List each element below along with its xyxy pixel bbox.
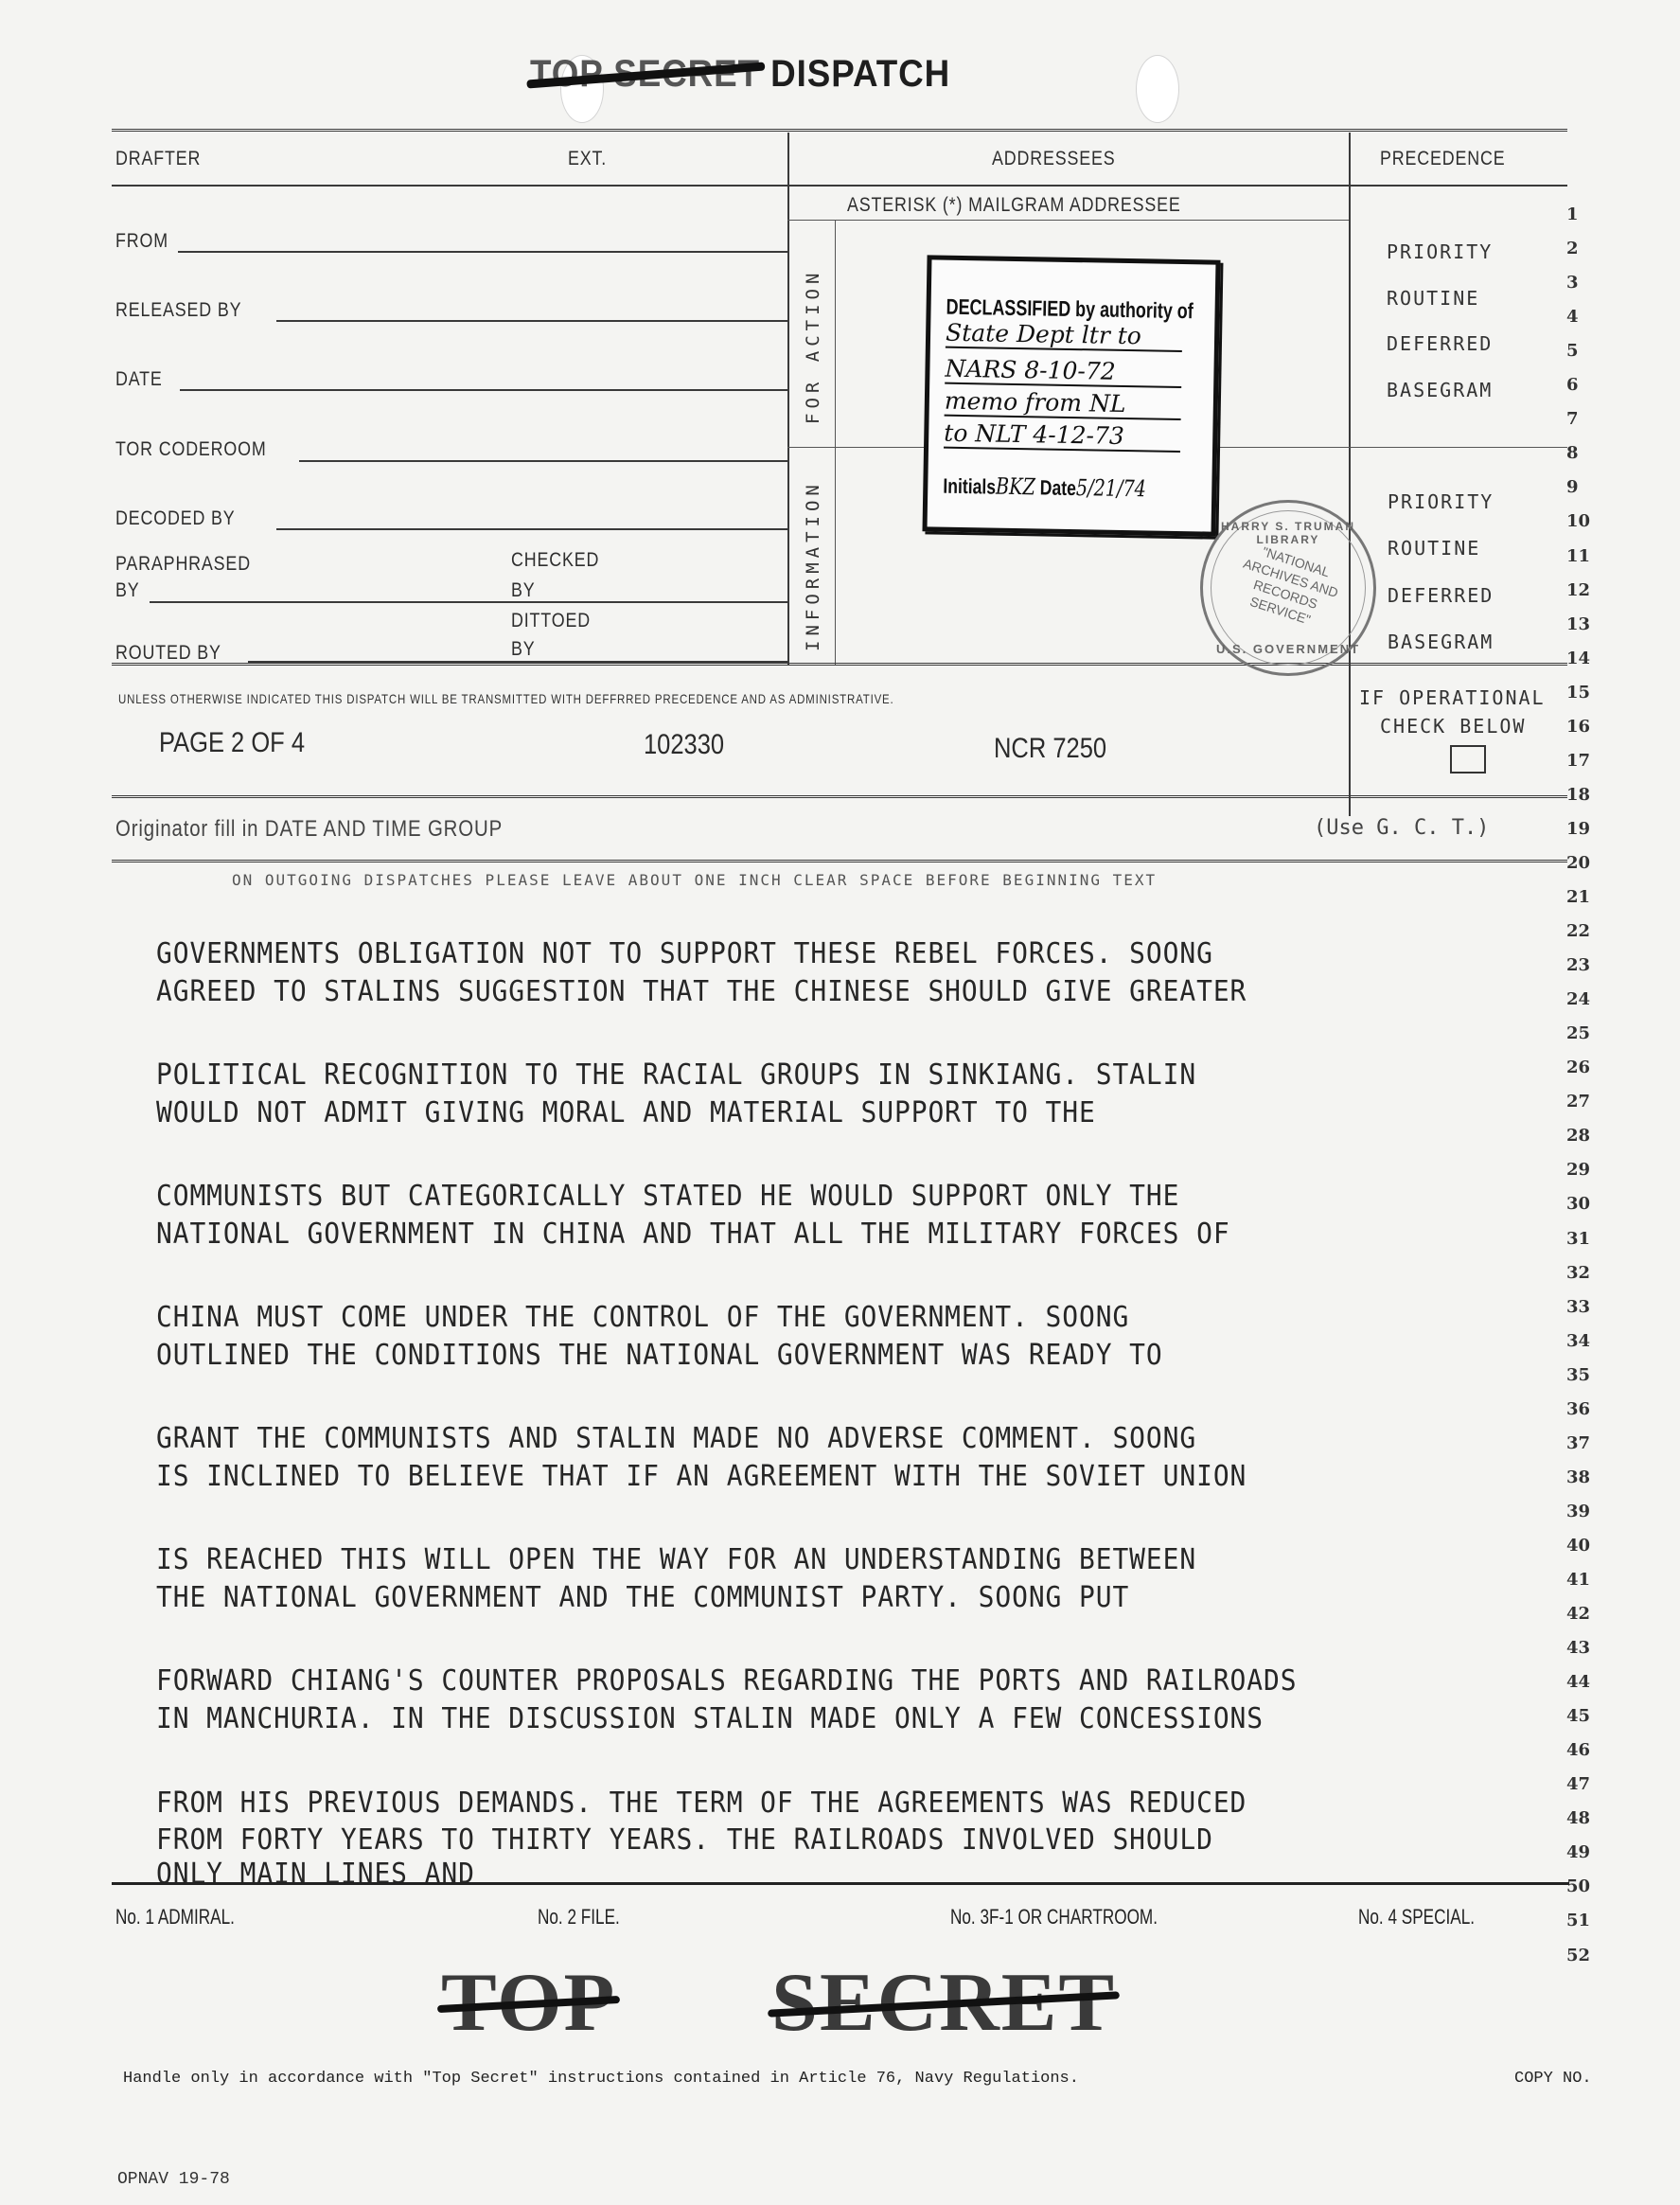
mailgram-note: ASTERISK (*) MAILGRAM ADDRESSEE: [847, 194, 1181, 217]
gct-note: (Use G. C. T.): [1314, 816, 1489, 840]
line-number: 6: [1566, 375, 1604, 395]
line-number: 4: [1566, 307, 1604, 327]
handling-note: Handle only in accordance with "Top Secr…: [123, 2070, 1079, 2088]
operational-line-2: CHECK BELOW: [1380, 715, 1526, 738]
line-number: 52: [1566, 1946, 1604, 1965]
precedence-action-deferred[interactable]: DEFERRED: [1387, 332, 1493, 355]
line-number: 42: [1566, 1604, 1604, 1624]
line-number: 17: [1566, 751, 1604, 771]
form-id: OPNAV 19-78: [117, 2170, 230, 2189]
title-dispatch: DISPATCH: [770, 53, 950, 95]
line-number: 12: [1566, 580, 1604, 600]
line-number: 45: [1566, 1706, 1604, 1726]
dittoed-by-label: BY: [511, 638, 536, 661]
precedence-action-priority[interactable]: PRIORITY: [1387, 240, 1493, 263]
routed-by-field[interactable]: [248, 661, 787, 663]
checked-by-label: BY: [511, 579, 536, 602]
dittoed-label: DITTOED: [511, 610, 591, 632]
body-line: IS REACHED THIS WILL OPEN THE WAY FOR AN…: [156, 1543, 1196, 1576]
initials-label: Initials: [943, 474, 996, 499]
body-line: GRANT THE COMMUNISTS AND STALIN MADE NO …: [156, 1422, 1196, 1455]
body-line: FROM FORTY YEARS TO THIRTY YEARS. THE RA…: [156, 1823, 1213, 1857]
line-number: 20: [1566, 853, 1604, 873]
body-line: CHINA MUST COME UNDER THE CONTROL OF THE…: [156, 1301, 1129, 1334]
line-number: 49: [1566, 1842, 1604, 1862]
line-number: 9: [1566, 477, 1604, 497]
precedence-divider: [1349, 133, 1351, 816]
copy-number-label: COPY NO.: [1514, 2070, 1592, 2088]
body-bottom-rule: [112, 1882, 1569, 1885]
declass-authority-line-4: to NLT 4-12-73: [944, 419, 1181, 453]
line-number: 41: [1566, 1570, 1604, 1590]
addressee-divider: [787, 133, 789, 665]
line-number: 14: [1566, 649, 1604, 668]
line-number: 48: [1566, 1808, 1604, 1828]
line-number: 8: [1566, 443, 1604, 463]
for-action-label: FOR ACTION: [803, 269, 823, 424]
addressees-label: ADDRESSEES: [992, 148, 1116, 170]
decoded-by-label: DECODED BY: [115, 507, 236, 530]
precedence-info-priority[interactable]: PRIORITY: [1388, 490, 1494, 513]
line-number: 1: [1566, 204, 1604, 224]
information-label: INFORMATION: [803, 480, 823, 651]
from-field[interactable]: [178, 251, 787, 253]
line-number: 34: [1566, 1331, 1604, 1351]
from-label: FROM: [115, 230, 168, 253]
originator-note: Originator fill in DATE AND TIME GROUP: [115, 816, 503, 843]
date-field[interactable]: [180, 389, 787, 391]
line-number: 30: [1566, 1194, 1604, 1214]
declass-authority-line-1: State Dept ltr to: [946, 319, 1183, 352]
line-number: 38: [1566, 1467, 1604, 1487]
body-line: IS INCLINED TO BELIEVE THAT IF AN AGREEM…: [156, 1460, 1247, 1493]
body-line: FROM HIS PREVIOUS DEMANDS. THE TERM OF T…: [156, 1787, 1247, 1820]
distribution-file: No. 2 FILE.: [538, 1905, 620, 1929]
footer-classification-2: SECRET: [771, 1955, 1116, 2051]
line-number: 16: [1566, 717, 1604, 737]
line-number: 15: [1566, 683, 1604, 702]
date-label: DATE: [115, 368, 163, 391]
transmit-note: UNLESS OTHERWISE INDICATED THIS DISPATCH…: [118, 691, 894, 706]
line-number: 19: [1566, 819, 1604, 839]
date-time-group: 102330: [644, 729, 724, 761]
body-line: WOULD NOT ADMIT GIVING MORAL AND MATERIA…: [156, 1096, 1096, 1129]
line-number: 24: [1566, 989, 1604, 1009]
distribution-special: No. 4 SPECIAL.: [1358, 1905, 1475, 1929]
seal-bottom-text: U.S. GOVERNMENT: [1203, 642, 1373, 656]
body-line: GOVERNMENTS OBLIGATION NOT TO SUPPORT TH…: [156, 937, 1213, 970]
declass-authority-line-3: memo from NL: [945, 387, 1182, 420]
tor-coderoom-field[interactable]: [299, 460, 787, 462]
ncr-number: NCR 7250: [994, 733, 1106, 765]
operational-line-1: IF OPERATIONAL: [1359, 686, 1546, 709]
classification-word-secret: SECRET: [771, 1955, 1116, 2051]
seal-top-text: HARRY S. TRUMAN LIBRARY: [1203, 520, 1373, 546]
decoded-by-field[interactable]: [276, 528, 787, 530]
body-line: THE NATIONAL GOVERNMENT AND THE COMMUNIS…: [156, 1581, 1129, 1614]
line-number: 47: [1566, 1774, 1604, 1794]
line-number: 35: [1566, 1365, 1604, 1385]
checked-label: CHECKED: [511, 549, 599, 572]
precedence-info-basegram[interactable]: BASEGRAM: [1388, 631, 1494, 653]
declass-initials-row: InitialsBKZ Date5/21/74: [943, 472, 1146, 503]
precedence-info-deferred[interactable]: DEFERRED: [1388, 584, 1494, 607]
date-label: Date: [1040, 475, 1077, 500]
line-number: 11: [1566, 546, 1604, 566]
body-line: POLITICAL RECOGNITION TO THE RACIAL GROU…: [156, 1058, 1196, 1092]
struck-classification: TOP SECRET: [530, 53, 760, 95]
declassified-stamp: DECLASSIFIED by authority of State Dept …: [922, 255, 1220, 536]
fields-bottom-rule: [112, 663, 1567, 667]
line-number: 31: [1566, 1229, 1604, 1249]
paraphrased-by-label: BY: [115, 579, 140, 602]
classification-word-top: TOP: [441, 1955, 616, 2051]
ext-label: EXT.: [568, 148, 607, 170]
line-number: 37: [1566, 1433, 1604, 1453]
tor-coderoom-label: TOR CODEROOM: [115, 438, 267, 461]
declass-authority-line-2: NARS 8-10-72: [945, 355, 1182, 388]
line-number: 32: [1566, 1263, 1604, 1283]
line-number: 51: [1566, 1911, 1604, 1930]
body-line: IN MANCHURIA. IN THE DISCUSSION STALIN M…: [156, 1702, 1264, 1735]
initials-value: BKZ: [996, 473, 1035, 501]
routed-by-label: ROUTED BY: [115, 642, 221, 665]
line-number: 33: [1566, 1297, 1604, 1317]
line-number: 22: [1566, 921, 1604, 941]
page-title: TOP SECRET DISPATCH: [530, 53, 950, 96]
outgoing-note: ON OUTGOING DISPATCHES PLEASE LEAVE ABOU…: [232, 871, 1157, 889]
line-number: 28: [1566, 1126, 1604, 1146]
line-number: 26: [1566, 1058, 1604, 1077]
operational-checkbox[interactable]: [1450, 745, 1486, 774]
precedence-label: PRECEDENCE: [1380, 148, 1505, 170]
precedence-info-routine[interactable]: ROUTINE: [1388, 537, 1480, 560]
drafter-label: DRAFTER: [115, 148, 201, 170]
line-number: 3: [1566, 273, 1604, 293]
line-number: 29: [1566, 1160, 1604, 1180]
line-number: 46: [1566, 1740, 1604, 1760]
side-label-divider: [835, 220, 836, 665]
line-number: 50: [1566, 1876, 1604, 1896]
line-number: 43: [1566, 1638, 1604, 1658]
distribution-admiral: No. 1 ADMIRAL.: [115, 1905, 235, 1929]
body-line: COMMUNISTS BUT CATEGORICALLY STATED HE W…: [156, 1180, 1179, 1213]
mailgram-rule: [787, 220, 1349, 221]
line-number: 23: [1566, 955, 1604, 975]
truman-library-seal: HARRY S. TRUMAN LIBRARY "NATIONAL ARCHIV…: [1200, 500, 1376, 676]
body-line: NATIONAL GOVERNMENT IN CHINA AND THAT AL…: [156, 1218, 1230, 1251]
released-by-field[interactable]: [276, 320, 787, 322]
distribution-chartroom: No. 3F-1 OR CHARTROOM.: [950, 1905, 1158, 1929]
precedence-action-routine[interactable]: ROUTINE: [1387, 287, 1479, 310]
line-number: 39: [1566, 1502, 1604, 1521]
line-number: 27: [1566, 1092, 1604, 1111]
paraphrased-label: PARAPHRASED: [115, 553, 251, 576]
line-number: 10: [1566, 511, 1604, 531]
body-line: FORWARD CHIANG'S COUNTER PROPOSALS REGAR…: [156, 1664, 1297, 1698]
line-number: 5: [1566, 341, 1604, 361]
precedence-action-basegram[interactable]: BASEGRAM: [1387, 379, 1493, 401]
body-line: AGREED TO STALINS SUGGESTION THAT THE CH…: [156, 975, 1247, 1008]
originator-bottom-rule: [112, 860, 1567, 864]
line-number: 18: [1566, 785, 1604, 805]
punch-hole: [1136, 55, 1179, 123]
line-number: 25: [1566, 1023, 1604, 1043]
line-number: 13: [1566, 614, 1604, 634]
line-number: 21: [1566, 887, 1604, 907]
line-number: 36: [1566, 1399, 1604, 1419]
body-line: ONLY MAIN LINES AND: [156, 1858, 475, 1891]
paraphrased-by-field[interactable]: [150, 601, 787, 603]
line-number: 44: [1566, 1672, 1604, 1692]
page-indicator: PAGE 2 OF 4: [159, 727, 305, 759]
body-line: OUTLINED THE CONDITIONS THE NATIONAL GOV…: [156, 1339, 1163, 1372]
footer-classification: TOP: [441, 1955, 616, 2051]
line-number: 7: [1566, 409, 1604, 429]
transmit-bottom-rule: [112, 795, 1567, 800]
released-by-label: RELEASED BY: [115, 299, 241, 322]
line-number: 40: [1566, 1536, 1604, 1556]
line-number: 2: [1566, 239, 1604, 258]
date-value: 5/21/74: [1076, 474, 1147, 502]
